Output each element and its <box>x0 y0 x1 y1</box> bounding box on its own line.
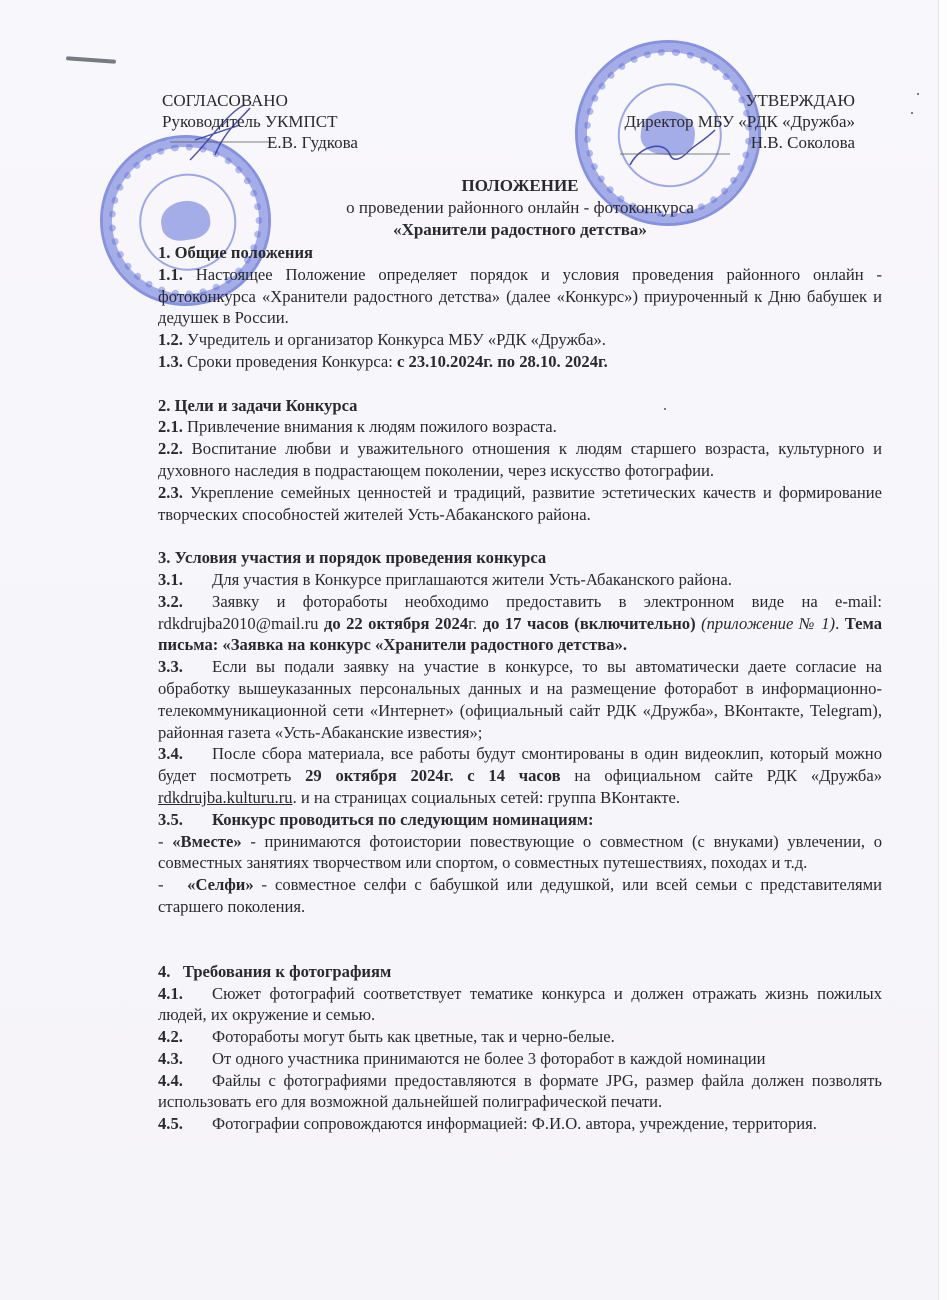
speck <box>911 112 913 114</box>
scanned-page: СОГЛАСОВАНО Руководитель УКМПСТ Е.В. Гуд… <box>0 0 947 1300</box>
clause: 2.1. Привлечение внимания к людям пожило… <box>158 416 882 438</box>
approval-right-block: УТВЕРЖДАЮ Директор МБУ «РДК «Дружба» Н.В… <box>590 90 855 153</box>
clause-text: . и на страницах социальных сетей: групп… <box>293 788 680 807</box>
bullet-dash: - <box>158 832 172 851</box>
clause-number: 3.1. <box>158 569 212 591</box>
clause-number: 2.1. <box>158 417 183 436</box>
clause-text: Конкурс проводиться по следующим номинац… <box>212 810 594 829</box>
clause-text: Фотографии сопровождаются информацией: Ф… <box>212 1114 817 1133</box>
clause-number: 4.3. <box>158 1048 212 1070</box>
contest-name: «Хранители радостного детства» <box>150 219 890 241</box>
clause-number: 3.5. <box>158 809 212 831</box>
appendix-ref: (приложение № 1) <box>696 614 835 633</box>
clause-number: 1.1. <box>158 265 183 284</box>
clause: 4.1.Сюжет фотографий соответствует темат… <box>158 983 882 1027</box>
approved-label: УТВЕРЖДАЮ <box>590 90 855 111</box>
clause-number: 2.3. <box>158 483 183 502</box>
bullet-dash: - <box>158 875 187 894</box>
nomination-item: - «Селфи» - совместное селфи с бабушкой … <box>158 874 882 918</box>
clause: 2.2. Воспитание любви и уважительного от… <box>158 438 882 482</box>
agreed-position: Руководитель УКМПСТ <box>162 111 358 132</box>
premiere-date: 29 октября 2024г. с 14 часов <box>305 766 561 785</box>
clause: 1.2. Учредитель и организатор Конкурса М… <box>158 329 882 351</box>
speck <box>917 93 919 95</box>
clause: 1.3. Сроки проведения Конкурса: с 23.10.… <box>158 351 882 373</box>
clause-number: 1.3. <box>158 352 183 371</box>
nomination-text: - принимаются фотоистории повествующие о… <box>158 832 882 873</box>
deadline-time: до 17 часов (включительно) <box>483 614 696 633</box>
section-heading: 4. Требования к фотографиям <box>158 961 882 983</box>
clause: 4.2.Фотоработы могут быть как цветные, т… <box>158 1026 882 1048</box>
clause-number: 3.3. <box>158 656 212 678</box>
clause-number: 4.2. <box>158 1026 212 1048</box>
clause: 3.4.После сбора материала, все работы бу… <box>158 743 882 808</box>
clause-text: Сюжет фотографий соответствует тематике … <box>158 984 882 1025</box>
nomination-item: - «Вместе» - принимаются фотоистории пов… <box>158 831 882 875</box>
clause-text: Файлы с фотографиями предоставляются в ф… <box>158 1071 882 1112</box>
agreed-name: Е.В. Гудкова <box>162 132 358 153</box>
clause-number: 4.1. <box>158 983 212 1005</box>
clause-text: Привлечение внимания к людям пожилого во… <box>187 417 557 436</box>
section-heading: 1. Общие положения <box>158 242 882 264</box>
clause-number: 3.4. <box>158 743 212 765</box>
approval-left-block: СОГЛАСОВАНО Руководитель УКМПСТ Е.В. Гуд… <box>162 90 358 153</box>
clause-text: на официальном сайте РДК «Дружба» <box>561 766 882 785</box>
deadline-date: до 22 октября 2024 <box>324 614 468 633</box>
clause: 4.4.Файлы с фотографиями предоставляются… <box>158 1070 882 1114</box>
clause-text: . <box>835 614 845 633</box>
clause-number: 1.2. <box>158 330 183 349</box>
scan-mark <box>66 56 116 63</box>
document-body: 1. Общие положения 1.1. Настоящее Положе… <box>158 242 882 1135</box>
contest-dates: с 23.10.2024г. по 28.10. 2024г. <box>397 352 608 371</box>
nomination-name: «Вместе» <box>172 832 241 851</box>
clause-text: Фотоработы могут быть как цветные, так и… <box>212 1027 615 1046</box>
clause: 3.5.Конкурс проводиться по следующим ном… <box>158 809 882 831</box>
document-subtitle: о проведении районного онлайн - фотоконк… <box>150 197 890 219</box>
clause: 3.3.Если вы подали заявку на участие в к… <box>158 656 882 743</box>
section-heading: 3. Условия участия и порядок проведения … <box>158 547 882 569</box>
nomination-text: - совместное селфи с бабушкой или дедушк… <box>158 875 882 916</box>
nomination-name: «Селфи» <box>187 875 254 894</box>
clause-text: Учредитель и организатор Конкурса МБУ «Р… <box>187 330 606 349</box>
approved-name: Н.В. Соколова <box>590 132 855 153</box>
clause-number: 2.2. <box>158 439 183 458</box>
document-title-block: ПОЛОЖЕНИЕ о проведении районного онлайн … <box>150 175 890 241</box>
website-link[interactable]: rdkdrujba.kulturu.ru <box>158 788 293 807</box>
clause-text: Сроки проведения Конкурса: <box>187 352 397 371</box>
page-edge <box>938 0 947 1300</box>
clause-text: От одного участника принимаются не более… <box>212 1049 766 1068</box>
clause-text: Воспитание любви и уважительного отношен… <box>158 439 882 480</box>
clause-number: 3.2. <box>158 591 212 613</box>
clause: 3.1.Для участия в Конкурсе приглашаются … <box>158 569 882 591</box>
approved-position: Директор МБУ «РДК «Дружба» <box>590 111 855 132</box>
clause-number: 4.4. <box>158 1070 212 1092</box>
clause: 2.3. Укрепление семейных ценностей и тра… <box>158 482 882 526</box>
clause: 1.1. Настоящее Положение определяет поря… <box>158 264 882 329</box>
clause: 4.5.Фотографии сопровождаются информацие… <box>158 1113 882 1135</box>
clause-text: Укрепление семейных ценностей и традиций… <box>158 483 882 524</box>
clause-text: Для участия в Конкурсе приглашаются жите… <box>212 570 732 589</box>
document-title: ПОЛОЖЕНИЕ <box>150 175 890 197</box>
agreed-label: СОГЛАСОВАНО <box>162 90 358 111</box>
clause: 3.2.Заявку и фотоработы необходимо предо… <box>158 591 882 656</box>
clause-text: Настоящее Положение определяет порядок и… <box>158 265 882 328</box>
clause-number: 4.5. <box>158 1113 212 1135</box>
clause: 4.3.От одного участника принимаются не б… <box>158 1048 882 1070</box>
clause-text: Если вы подали заявку на участие в конку… <box>158 657 882 741</box>
section-heading: 2. Цели и задачи Конкурса <box>158 395 882 417</box>
clause-text: г. <box>468 614 483 633</box>
